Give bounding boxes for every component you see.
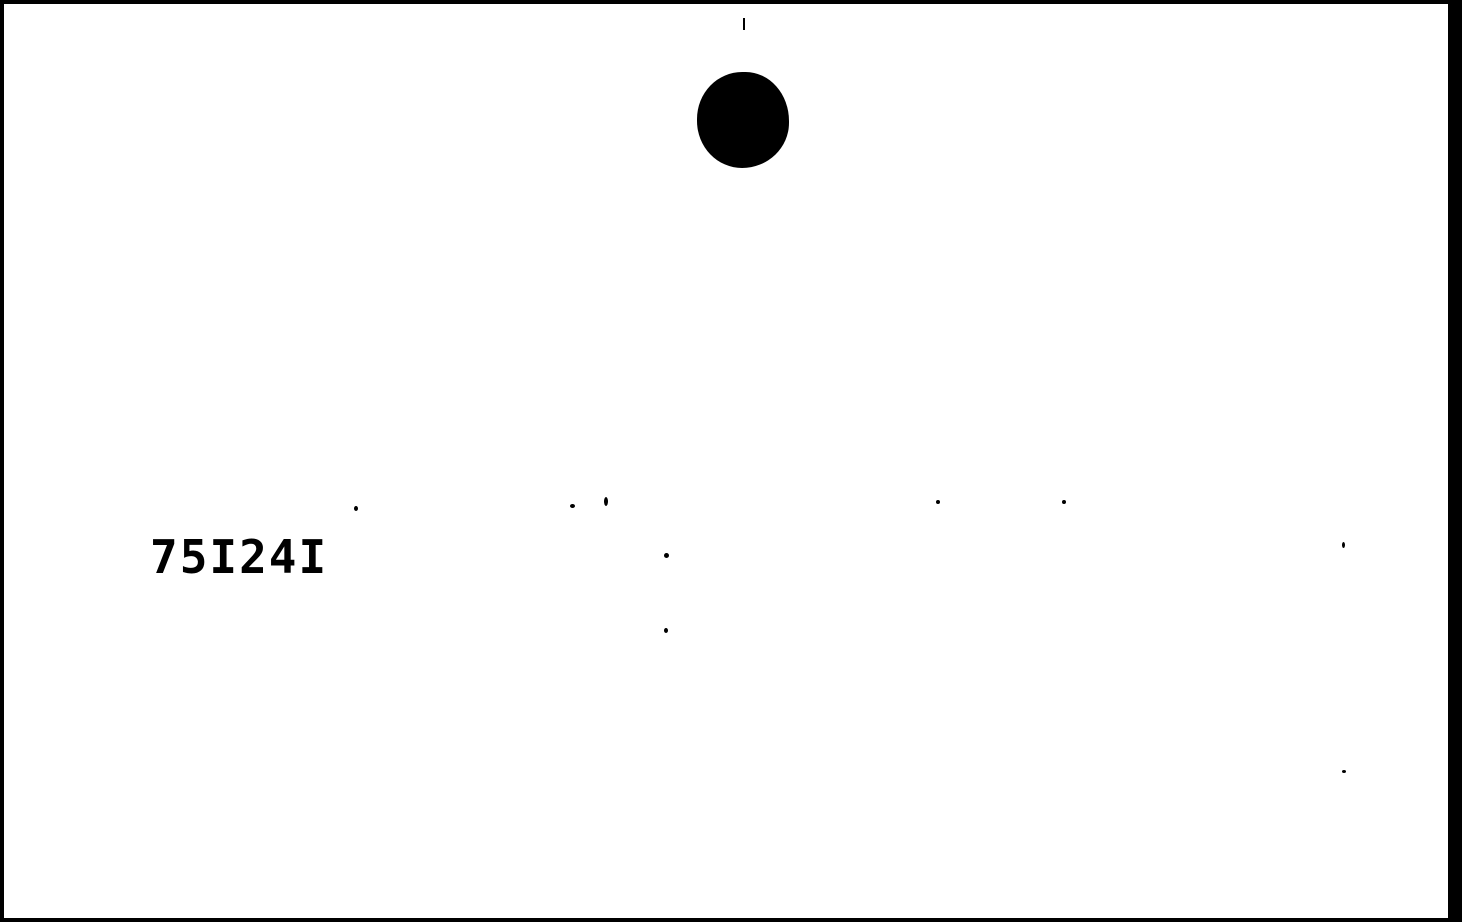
scan-speck — [604, 497, 608, 506]
scan-speck — [664, 553, 669, 558]
scan-speck — [1342, 770, 1346, 773]
card-number: 75I24I — [150, 534, 328, 580]
hole-marker — [743, 18, 745, 30]
scan-speck — [1062, 500, 1066, 504]
scan-speck — [570, 504, 575, 508]
scanned-card: 75I24I — [4, 4, 1458, 918]
scan-speck — [354, 506, 358, 511]
scan-speck — [664, 628, 668, 633]
scan-speck — [1342, 542, 1345, 548]
scan-speck — [936, 500, 940, 504]
punch-hole-icon — [697, 72, 789, 168]
